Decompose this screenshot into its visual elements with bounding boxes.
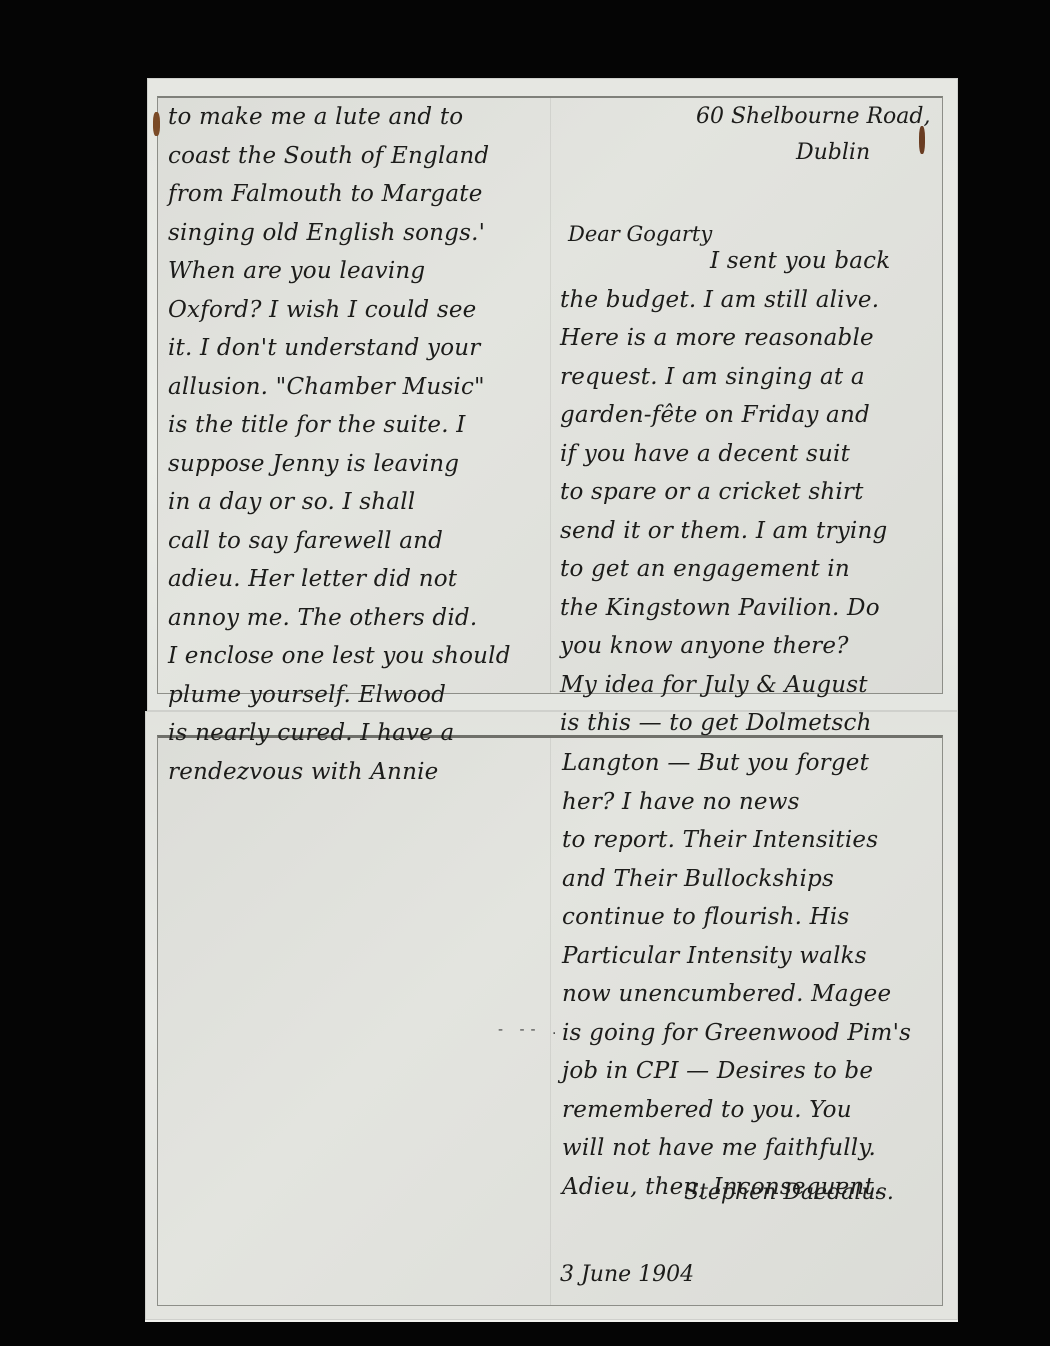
text-line: I sent you back (560, 242, 930, 281)
center-fold (550, 98, 551, 693)
text-line: Particular Intensity walks (562, 937, 932, 976)
text-line: coast the South of England (168, 137, 548, 176)
text-line: to make me a lute and to (168, 98, 548, 137)
text-line: suppose Jenny is leaving (168, 445, 548, 484)
text-line: adieu. Her letter did not (168, 560, 548, 599)
text-line: to get an engagement in (560, 550, 930, 589)
text-line: rendezvous with Annie (168, 753, 548, 792)
text-line: from Falmouth to Margate (168, 175, 548, 214)
margin-mark: - -- . (498, 1022, 563, 1038)
left-page-text: to make me a lute and to coast the South… (168, 98, 548, 791)
text-line: in a day or so. I shall (168, 483, 548, 522)
text-line: is the title for the suite. I (168, 406, 548, 445)
text-line: Langton — But you forget (562, 744, 932, 783)
address-street: 60 Shelbourne Road, (696, 104, 930, 129)
text-line: is nearly cured. I have a (168, 714, 548, 753)
text-line: you know anyone there? (560, 627, 930, 666)
text-line: Oxford? I wish I could see (168, 291, 548, 330)
rust-pin-mark-right-icon (919, 126, 925, 154)
text-line: remembered to you. You (562, 1091, 932, 1130)
text-line: to report. Their Intensities (562, 821, 932, 860)
signature: Stephen Daedalus. (684, 1180, 894, 1205)
text-line: and Their Bullockships (562, 860, 932, 899)
text-line: now unencumbered. Magee (562, 975, 932, 1014)
text-line: I enclose one lest you should (168, 637, 548, 676)
text-line: is going for Greenwood Pim's (562, 1014, 932, 1053)
text-line: the Kingstown Pavilion. Do (560, 589, 930, 628)
text-line: to spare or a cricket shirt (560, 473, 930, 512)
text-line: her? I have no news (562, 783, 932, 822)
text-line: My idea for July & August (560, 666, 930, 705)
letter-date: 3 June 1904 (560, 1262, 694, 1287)
text-line: is this — to get Dolmetsch (560, 704, 930, 743)
text-line: if you have a decent suit (560, 435, 930, 474)
text-line: will not have me faithfully. (562, 1129, 932, 1168)
text-line: When are you leaving (168, 252, 548, 291)
text-line: send it or them. I am trying (560, 512, 930, 551)
text-line: allusion. "Chamber Music" (168, 368, 548, 407)
text-line: it. I don't understand your (168, 329, 548, 368)
address-city: Dublin (796, 140, 870, 165)
text-line: annoy me. The others did. (168, 599, 548, 638)
right-page-bottom-text: Langton — But you forget her? I have no … (562, 744, 932, 1206)
text-line: job in CPI — Desires to be (562, 1052, 932, 1091)
text-line: singing old English songs.' (168, 214, 548, 253)
right-page-text: I sent you back the budget. I am still a… (560, 242, 930, 743)
text-line: continue to flourish. His (562, 898, 932, 937)
text-line: Here is a more reasonable (560, 319, 930, 358)
rust-pin-mark-left-icon (153, 112, 160, 136)
text-line: the budget. I am still alive. (560, 281, 930, 320)
text-line: call to say farewell and (168, 522, 548, 561)
text-line: request. I am singing at a (560, 358, 930, 397)
text-line: garden-fête on Friday and (560, 396, 930, 435)
text-line: plume yourself. Elwood (168, 676, 548, 715)
